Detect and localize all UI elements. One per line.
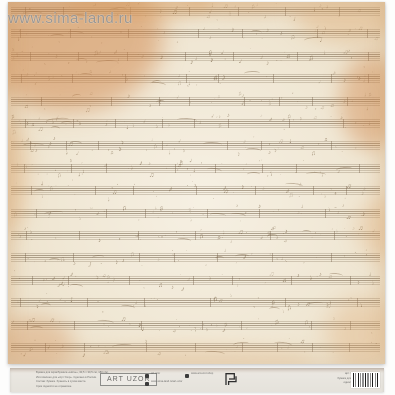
barline [71, 164, 72, 173]
handwritten-note-mark: ˊ [157, 218, 160, 224]
barline [207, 209, 208, 218]
handwritten-note-mark: ♫ [283, 240, 288, 246]
barline [347, 97, 348, 106]
handwritten-note-mark: , [240, 218, 243, 223]
music-staves-layer: ♫,♪♪,·♫·♪♫ˊ,♩♩♩ˊ,·♫♪♩♩·♫♪♩·♫·♩♩♫♩♫ˊˊ·ˊ,ˊ… [8, 2, 385, 364]
barline [339, 7, 340, 16]
fine-print-line: Бумага для скрапбукинга «Ноты», 30,5 × 3… [36, 371, 108, 374]
handwritten-note-mark: , [315, 105, 318, 111]
music-stave [11, 253, 380, 262]
handwritten-note-mark: , [102, 308, 104, 314]
barcode-bars [353, 373, 378, 387]
handwritten-note-mark: , [101, 39, 104, 46]
barline [98, 141, 99, 150]
slur-mark [50, 34, 64, 39]
barline [244, 97, 245, 106]
handwritten-note-mark: , [143, 284, 146, 290]
fine-print-line: Срок годности не ограничен. [36, 385, 108, 388]
music-stave [11, 74, 380, 83]
barline [228, 119, 229, 128]
barline [66, 141, 67, 150]
barline [195, 231, 196, 240]
fine-print-line: Изготовлено для «Арт Узор». Сделано в Ро… [36, 376, 108, 379]
barline [350, 276, 351, 285]
handwritten-note-mark: ♪ [266, 61, 269, 68]
slur-mark [151, 79, 161, 85]
handwritten-note-mark: ˊ [243, 38, 245, 43]
barline [127, 52, 128, 61]
slur-mark [246, 172, 259, 177]
handwritten-note-mark: · [204, 262, 208, 269]
barline [350, 321, 351, 330]
barline [125, 74, 126, 83]
slur-mark [245, 148, 260, 154]
barline [185, 52, 186, 61]
barline [357, 298, 358, 307]
handwritten-note-mark: · [260, 38, 262, 43]
music-stave [11, 164, 380, 173]
barline [368, 52, 369, 61]
slur-mark [235, 254, 249, 259]
barline [238, 7, 239, 16]
handwritten-note-mark: ♪ [180, 285, 185, 293]
instagram-icon [185, 374, 189, 378]
barline [242, 29, 243, 38]
barline [175, 164, 176, 173]
barline [296, 164, 297, 173]
scrapbooking-paper-sheet-music: ♫,♪♪,·♫·♪♫ˊ,♩♩♩ˊ,·♫♪♩♩·♫♪♩·♫·♩♩♫♩♫ˊˊ·ˊ,ˊ… [8, 2, 385, 364]
barline [331, 74, 332, 83]
barline [84, 343, 85, 352]
handwritten-note-mark: ♩ [22, 351, 31, 360]
slur-mark [51, 126, 60, 132]
handwritten-note-mark: ˊ [303, 263, 307, 270]
barline [227, 141, 228, 150]
handwritten-note-mark: · [344, 196, 346, 203]
slur-mark [61, 121, 72, 127]
barline [115, 119, 116, 128]
barline [218, 74, 219, 83]
barline [311, 321, 312, 330]
barline [202, 321, 203, 330]
handwritten-note-mark: , [215, 16, 218, 23]
handwritten-note-mark: , [205, 263, 208, 268]
barline [25, 119, 26, 128]
handwritten-note-mark: ♪ [268, 151, 271, 157]
barline [196, 186, 197, 195]
music-stave [11, 29, 380, 38]
handwritten-note-mark: ♫ [171, 330, 176, 336]
handwritten-note-mark: ˊ [160, 16, 163, 21]
barline [334, 231, 335, 240]
handwritten-note-mark: ♩ [264, 15, 270, 21]
handwritten-note-mark: ♫ [319, 105, 325, 112]
handwritten-note-mark: , [44, 105, 47, 111]
barline [291, 276, 292, 285]
slur-mark [203, 142, 222, 148]
handwritten-note-mark: ♪ [236, 150, 242, 158]
vk-icon [145, 374, 149, 378]
slur-mark [251, 29, 263, 35]
handwritten-note-mark: · [156, 39, 160, 45]
barline [68, 276, 69, 285]
barline [73, 253, 74, 262]
handwritten-note-mark: ♫ [11, 127, 18, 135]
slur-mark [76, 58, 88, 63]
barline [36, 209, 37, 218]
music-stave [11, 321, 380, 330]
barline [313, 186, 314, 195]
slur-mark [210, 213, 227, 219]
barline [232, 276, 233, 285]
handwritten-note-mark: · [280, 173, 283, 179]
barline [141, 321, 142, 330]
social-handle: art.uzor [151, 372, 160, 375]
slur-mark [177, 117, 197, 123]
barline [174, 253, 175, 262]
slur-mark [267, 233, 278, 239]
music-stave [11, 97, 380, 106]
social-handle: www.art-uzor.shop [191, 372, 213, 375]
barline [343, 119, 344, 128]
barline [26, 231, 27, 240]
handwritten-note-mark: ♫ [148, 172, 154, 179]
handwritten-note-mark: ♫ [311, 151, 317, 158]
barline [139, 253, 140, 262]
barline [138, 231, 139, 240]
barline [279, 97, 280, 106]
barline [162, 141, 163, 150]
handwritten-note-mark: · [188, 173, 192, 180]
barline [233, 52, 234, 61]
slur-mark [306, 172, 326, 178]
barline [193, 276, 194, 285]
handwritten-note-mark: ♫ [156, 352, 161, 358]
slur-mark [49, 258, 61, 263]
barline [145, 209, 146, 218]
handwritten-note-mark: ♪ [82, 353, 86, 360]
barline [74, 321, 75, 330]
handwritten-note-mark: ♪ [189, 60, 193, 67]
barline [241, 321, 242, 330]
handwritten-note-mark: ♫ [56, 173, 62, 180]
handwritten-note-mark: ♩ [230, 240, 236, 246]
barline [20, 29, 21, 38]
barline [162, 119, 163, 128]
web-icon [145, 382, 149, 386]
slur-mark [215, 256, 224, 261]
packaging-info-strip: Бумага для скрапбукинга «Ноты», 30,5 × 3… [10, 368, 384, 392]
handwritten-note-mark: ♪ [87, 263, 92, 270]
handwritten-note-mark: · [56, 351, 58, 357]
handwritten-note-mark: , [186, 83, 189, 89]
slur-mark [156, 100, 165, 105]
barline [32, 276, 33, 285]
barline [312, 97, 313, 106]
barline [106, 209, 107, 218]
barline [297, 52, 298, 61]
barline [186, 74, 187, 83]
barline [133, 186, 134, 195]
barline [106, 164, 107, 173]
handwritten-note-mark: · [140, 263, 143, 269]
handwritten-note-mark: , [363, 62, 366, 69]
slur-mark [95, 59, 118, 65]
barline [21, 74, 22, 83]
barline [87, 298, 88, 307]
barline [331, 253, 332, 262]
barline [331, 141, 332, 150]
barline [31, 186, 32, 195]
social-handle: www.sima-land.ru/art-uzor [151, 380, 182, 383]
handwritten-note-mark: , [370, 330, 373, 335]
barline [41, 97, 42, 106]
barline [262, 164, 263, 173]
slur-mark [304, 36, 323, 43]
handwritten-note-mark: ♪ [305, 106, 308, 112]
handwritten-note-mark: ˊ [155, 196, 159, 203]
slur-mark [30, 326, 43, 331]
barline [30, 52, 31, 61]
barline [146, 343, 147, 352]
handwritten-note-mark: ♪ [171, 285, 175, 292]
barline [72, 74, 73, 83]
product-photo: ♫,♪♪,·♫·♪♫ˊ,♩♩♩ˊ,·♫♪♩♩·♫♪♩·♫·♩♩♫♩♫ˊˊ·ˊ,ˊ… [0, 0, 395, 395]
handwritten-note-mark: · [175, 39, 179, 46]
barline [129, 276, 130, 285]
barline [144, 298, 145, 307]
barline [346, 186, 347, 195]
barline [95, 186, 96, 195]
barline [25, 253, 26, 262]
handwritten-note-mark: , [43, 61, 47, 67]
barline [285, 7, 286, 16]
barline [111, 97, 112, 106]
site-watermark: www.sima-land.ru [8, 10, 133, 27]
fine-print-line: Состав: бумага. Хранить в сухом месте. [36, 380, 108, 383]
barline [312, 343, 313, 352]
barline [368, 74, 369, 83]
handwritten-note-mark: ♫ [110, 151, 115, 157]
barline [189, 7, 190, 16]
handwritten-note-mark: ˊ [85, 240, 87, 245]
barline [259, 209, 260, 218]
barline [189, 97, 190, 106]
barline [198, 29, 199, 38]
slur-mark [70, 140, 82, 146]
barline [367, 29, 368, 38]
handwritten-note-mark: ˊ [235, 263, 239, 270]
music-stave [11, 52, 380, 61]
barline [27, 321, 28, 330]
handwritten-note-mark: , [195, 82, 198, 88]
barline [45, 343, 46, 352]
barline [24, 164, 25, 173]
handwritten-note-mark: ♩ [107, 194, 115, 202]
barline [20, 298, 21, 307]
slur-mark [34, 189, 44, 195]
barline [272, 253, 273, 262]
barline [289, 119, 290, 128]
barline [195, 343, 196, 352]
slur-mark [80, 73, 92, 79]
barline [325, 209, 326, 218]
manufacturer-logo-icon [223, 372, 237, 386]
barline [261, 141, 262, 150]
handwritten-note-mark: ♩ [366, 105, 373, 112]
article-info: арт. 3445679 бумага для скрапбукинга одн… [303, 372, 395, 389]
barline [285, 298, 286, 307]
handwritten-note-mark: ˊ [32, 263, 34, 268]
barline [349, 343, 350, 352]
handwritten-note-mark: ˊ [140, 240, 142, 245]
handwritten-note-mark: · [183, 353, 187, 360]
barline [79, 231, 80, 240]
barcode [351, 372, 380, 388]
music-stave [11, 276, 380, 285]
handwritten-note-mark: ♩ [281, 307, 289, 315]
handwritten-note-mark: ♩ [190, 218, 196, 224]
handwritten-note-mark: ♫ [85, 106, 91, 113]
handwritten-note-mark: ♪ [72, 262, 75, 268]
barline [359, 164, 360, 173]
music-stave [11, 298, 380, 307]
barline [73, 119, 74, 128]
barline [273, 74, 274, 83]
barline [128, 29, 129, 38]
barline [210, 298, 211, 307]
slur-mark [41, 303, 51, 309]
barline [255, 186, 256, 195]
handwritten-note-mark: ♩ [78, 172, 85, 179]
slur-mark [23, 143, 45, 148]
handwritten-note-mark: · [212, 196, 214, 203]
